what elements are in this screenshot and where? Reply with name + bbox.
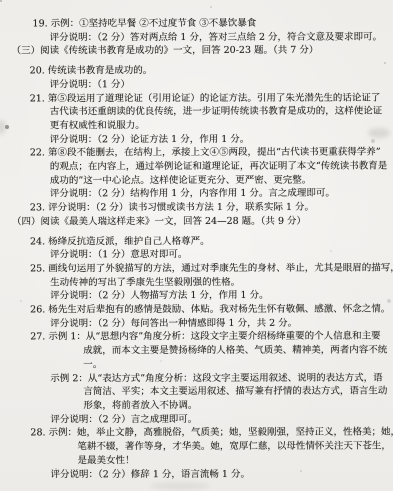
answer-line: 评分说明：（2 分）每问答出一种情感即得 1 分，共 2 分。 (0, 316, 393, 331)
answer-line: 28. 示例：她，举止文静，高雅脱俗，气质美；她，坚毅刚强，坚持正义，性格美；她… (0, 426, 393, 441)
answer-line: 23. 评分说明：（2 分）读书习惯或读书方法 1 分，联系实际 1 分。 (0, 201, 393, 216)
scan-noise-speckles (0, 0, 2, 2)
answer-line: 25. 画线句运用了外貌描写的方法，通过对季康先生的身材、举止，尤其是眼眉的描写… (0, 262, 393, 277)
answer-line: 27. 示例 1：从“思想内容”角度分析：这段文字主要介绍杨绛重要的个人信息和主… (0, 330, 393, 345)
answer-line: 评分说明：（2 分）答对两点给 1 分，答对三点给 2 分，符合文意及要求即可。 (0, 30, 393, 45)
answer-line: 评分说明：（2 分）结构作用 1 分，内容作用 1 分。言之成理即可。 (0, 187, 393, 202)
answer-line: 形象，将前者放入不协调。 (0, 399, 393, 414)
answer-line: 评分说明：（2 分）修辞 1 分，语言流畅 1 分。 (0, 467, 393, 482)
answer-line: 成就，而本文主要是赞扬杨绛的人格美、气质美、精神美，两者内容不统 (0, 344, 393, 359)
scan-smudge (368, 128, 390, 138)
answer-line: 更有权威性和说服力。 (0, 119, 393, 134)
answer-line: 19. 示例：①坚持吃早餐 ②不过度节食 ③不暴饮暴食 (0, 17, 393, 32)
answer-line: 24. 杨绛反抗造反派，维护自己人格尊严。 (0, 234, 393, 249)
scanned-answer-key-page: 19. 示例：①坚持吃早餐 ②不过度节食 ③不暴饮暴食评分说明：（2 分）答对两… (0, 0, 393, 491)
answer-line: 生动传神的写出了季康先生坚毅刚强的性格。 (0, 275, 393, 290)
answer-line: 成功的”这一中心论点。这样使论证更充分、更严密、更完整。 (0, 173, 393, 188)
scan-smudge (150, 482, 210, 490)
answer-key-text-block: 19. 示例：①坚持吃早餐 ②不过度节食 ③不暴饮暴食评分说明：（2 分）答对两… (0, 0, 393, 482)
answer-line: （三）阅读《传统读书教育是成功的》一文，回答 20-23 题。（共 7 分） (0, 44, 393, 59)
answer-line: 22. 第⑧段不能删去，在结构上，承接上文④⑤两段，提出“古代读书更重获得学养” (0, 146, 393, 161)
answer-line: 评分说明：（1 分） (0, 77, 393, 92)
answer-line: 评分说明：（2 分）言之成理即可。 (0, 412, 393, 427)
answer-line: 一。 (0, 357, 393, 372)
answer-line: 20. 传统读书教育是成功的。 (0, 64, 393, 79)
answer-line: 笔耕不辍，著作等身，才华美。她，宽厚仁慈，以母性情怀关注天下苍生， (0, 440, 393, 455)
answer-line: 评分说明：（2 分）论证方法 1 分，作用 1 分。 (0, 132, 393, 147)
answer-line: 古代读书还重朗读的优良传统，进一步证明传统读书教育是成功的，这样使论证 (0, 105, 393, 120)
answer-line: 评分说明：（2 分）人物描写方法 1 分，作用 1 分。 (0, 289, 393, 304)
answer-line: 示例 2：从“表达方式”角度分析：这段文字主要运用叙述、说明的表达方式，语 (0, 371, 393, 386)
answer-line: 是最美女性！ (0, 453, 393, 468)
answer-line: 评分说明：（1 分）意思对即可。 (0, 248, 393, 263)
answer-line: 26. 杨先生对后辈抱有的感情是鼓励、体贴。我对杨先生怀有敬佩、感激、怀念之情。 (0, 303, 393, 318)
answer-line: 的观点；在内容上，通过举例论证和道理论证，再次证明了本文“传统读书教育是 (0, 160, 393, 175)
answer-line: 21. 第⑤段运用了道理论证（引用论证）的论证方法。引用了朱光潜先生的话论证了 (0, 91, 393, 106)
answer-line: （四）阅读《最美人瑞这样走来》一文，回答 24—28 题。（共 9 分） (0, 214, 393, 229)
answer-line: 言简洁、平实；本文主要运用叙述、描写兼有抒情的表达方式，语言生动 (0, 385, 393, 400)
